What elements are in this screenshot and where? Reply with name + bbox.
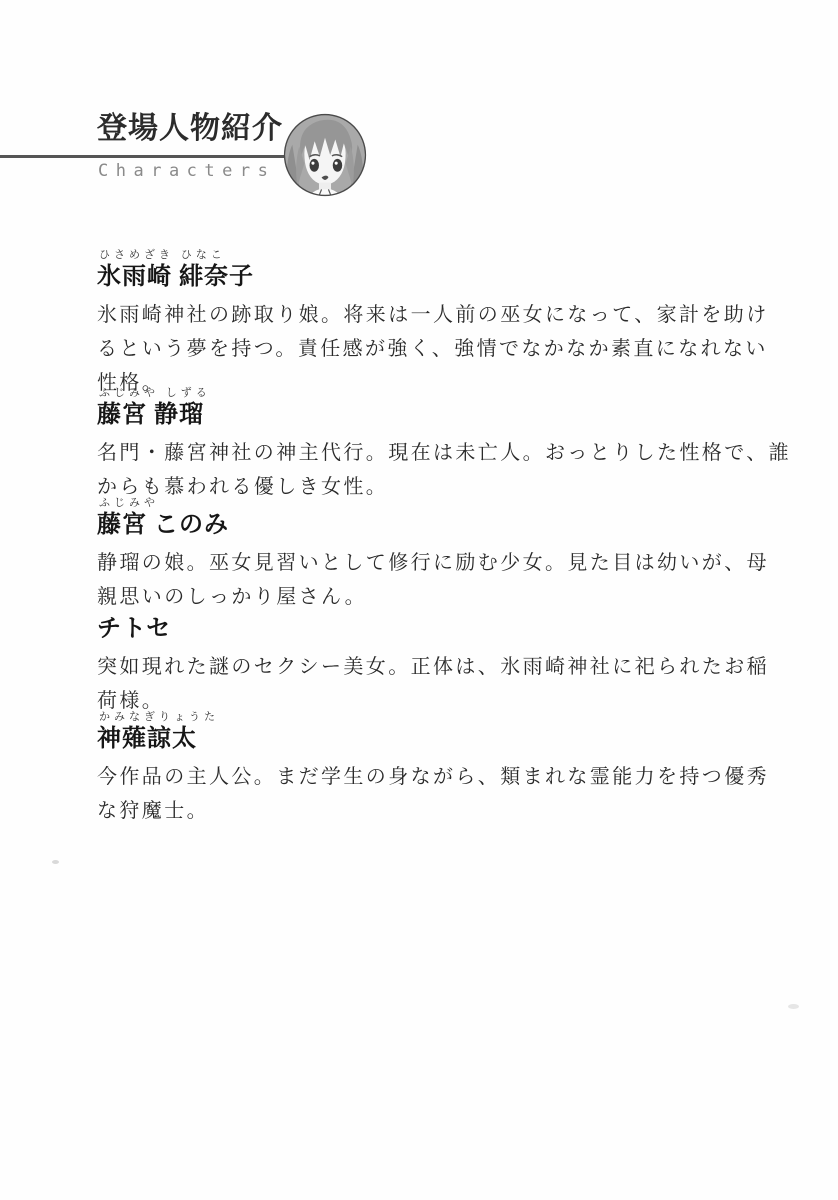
character-section: ふじみや 藤宮 このみ 静瑠の娘。巫女見習いとして修行に励む少女。見た目は幼いが…	[97, 496, 787, 614]
character-section: かみなぎりょうた 神薙諒太 今作品の主人公。まだ学生の身ながら、類まれな霊能力を…	[97, 710, 787, 828]
description-line: 親思いのしっかり屋さん。	[97, 580, 787, 614]
character-name: 藤宮 このみ	[97, 510, 787, 540]
character-description: 静瑠の娘。巫女見習いとして修行に励む少女。見た目は幼いが、母親思いのしっかり屋さ…	[97, 546, 787, 614]
scan-speck	[788, 1004, 799, 1009]
character-section: チトセ 突如現れた謎のセクシー美女。正体は、氷雨崎神社に祀られたお稲荷様。	[97, 614, 787, 718]
character-furigana: ふじみや しずる	[97, 386, 787, 400]
character-description: 名門・藤宮神社の神主代行。現在は未亡人。おっとりした性格で、誰からも慕われる優し…	[97, 436, 787, 504]
description-line: 氷雨崎神社の跡取り娘。将来は一人前の巫女になって、家計を助け	[97, 298, 787, 332]
character-name: チトセ	[97, 614, 787, 644]
character-name: 神薙諒太	[97, 724, 787, 754]
character-section: ふじみや しずる 藤宮 静瑠 名門・藤宮神社の神主代行。現在は未亡人。おっとりし…	[97, 386, 787, 504]
description-line: 突如現れた謎のセクシー美女。正体は、氷雨崎神社に祀られたお稲	[97, 650, 787, 684]
character-name: 藤宮 静瑠	[97, 400, 787, 430]
character-name: 氷雨崎 緋奈子	[97, 262, 787, 292]
scan-speck	[52, 860, 59, 864]
character-furigana: ふじみや	[97, 496, 787, 510]
character-furigana: かみなぎりょうた	[97, 710, 787, 724]
book-page: 登場人物紹介 Characters	[0, 0, 838, 1200]
character-description: 氷雨崎神社の跡取り娘。将来は一人前の巫女になって、家計を助けるという夢を持つ。責…	[97, 298, 787, 400]
description-line: 今作品の主人公。まだ学生の身ながら、類まれな霊能力を持つ優秀	[97, 760, 787, 794]
character-description: 突如現れた謎のセクシー美女。正体は、氷雨崎神社に祀られたお稲荷様。	[97, 650, 787, 718]
character-section: ひさめざき ひなこ 氷雨崎 緋奈子 氷雨崎神社の跡取り娘。将来は一人前の巫女にな…	[97, 248, 787, 400]
description-line: るという夢を持つ。責任感が強く、強情でなかなか素直になれない	[97, 332, 787, 366]
description-line: 名門・藤宮神社の神主代行。現在は未亡人。おっとりした性格で、誰	[97, 436, 787, 470]
character-list: ひさめざき ひなこ 氷雨崎 緋奈子 氷雨崎神社の跡取り娘。将来は一人前の巫女にな…	[0, 0, 838, 1200]
description-line: 静瑠の娘。巫女見習いとして修行に励む少女。見た目は幼いが、母	[97, 546, 787, 580]
description-line: な狩魔士。	[97, 794, 787, 828]
character-description: 今作品の主人公。まだ学生の身ながら、類まれな霊能力を持つ優秀な狩魔士。	[97, 760, 787, 828]
character-furigana: ひさめざき ひなこ	[97, 248, 787, 262]
